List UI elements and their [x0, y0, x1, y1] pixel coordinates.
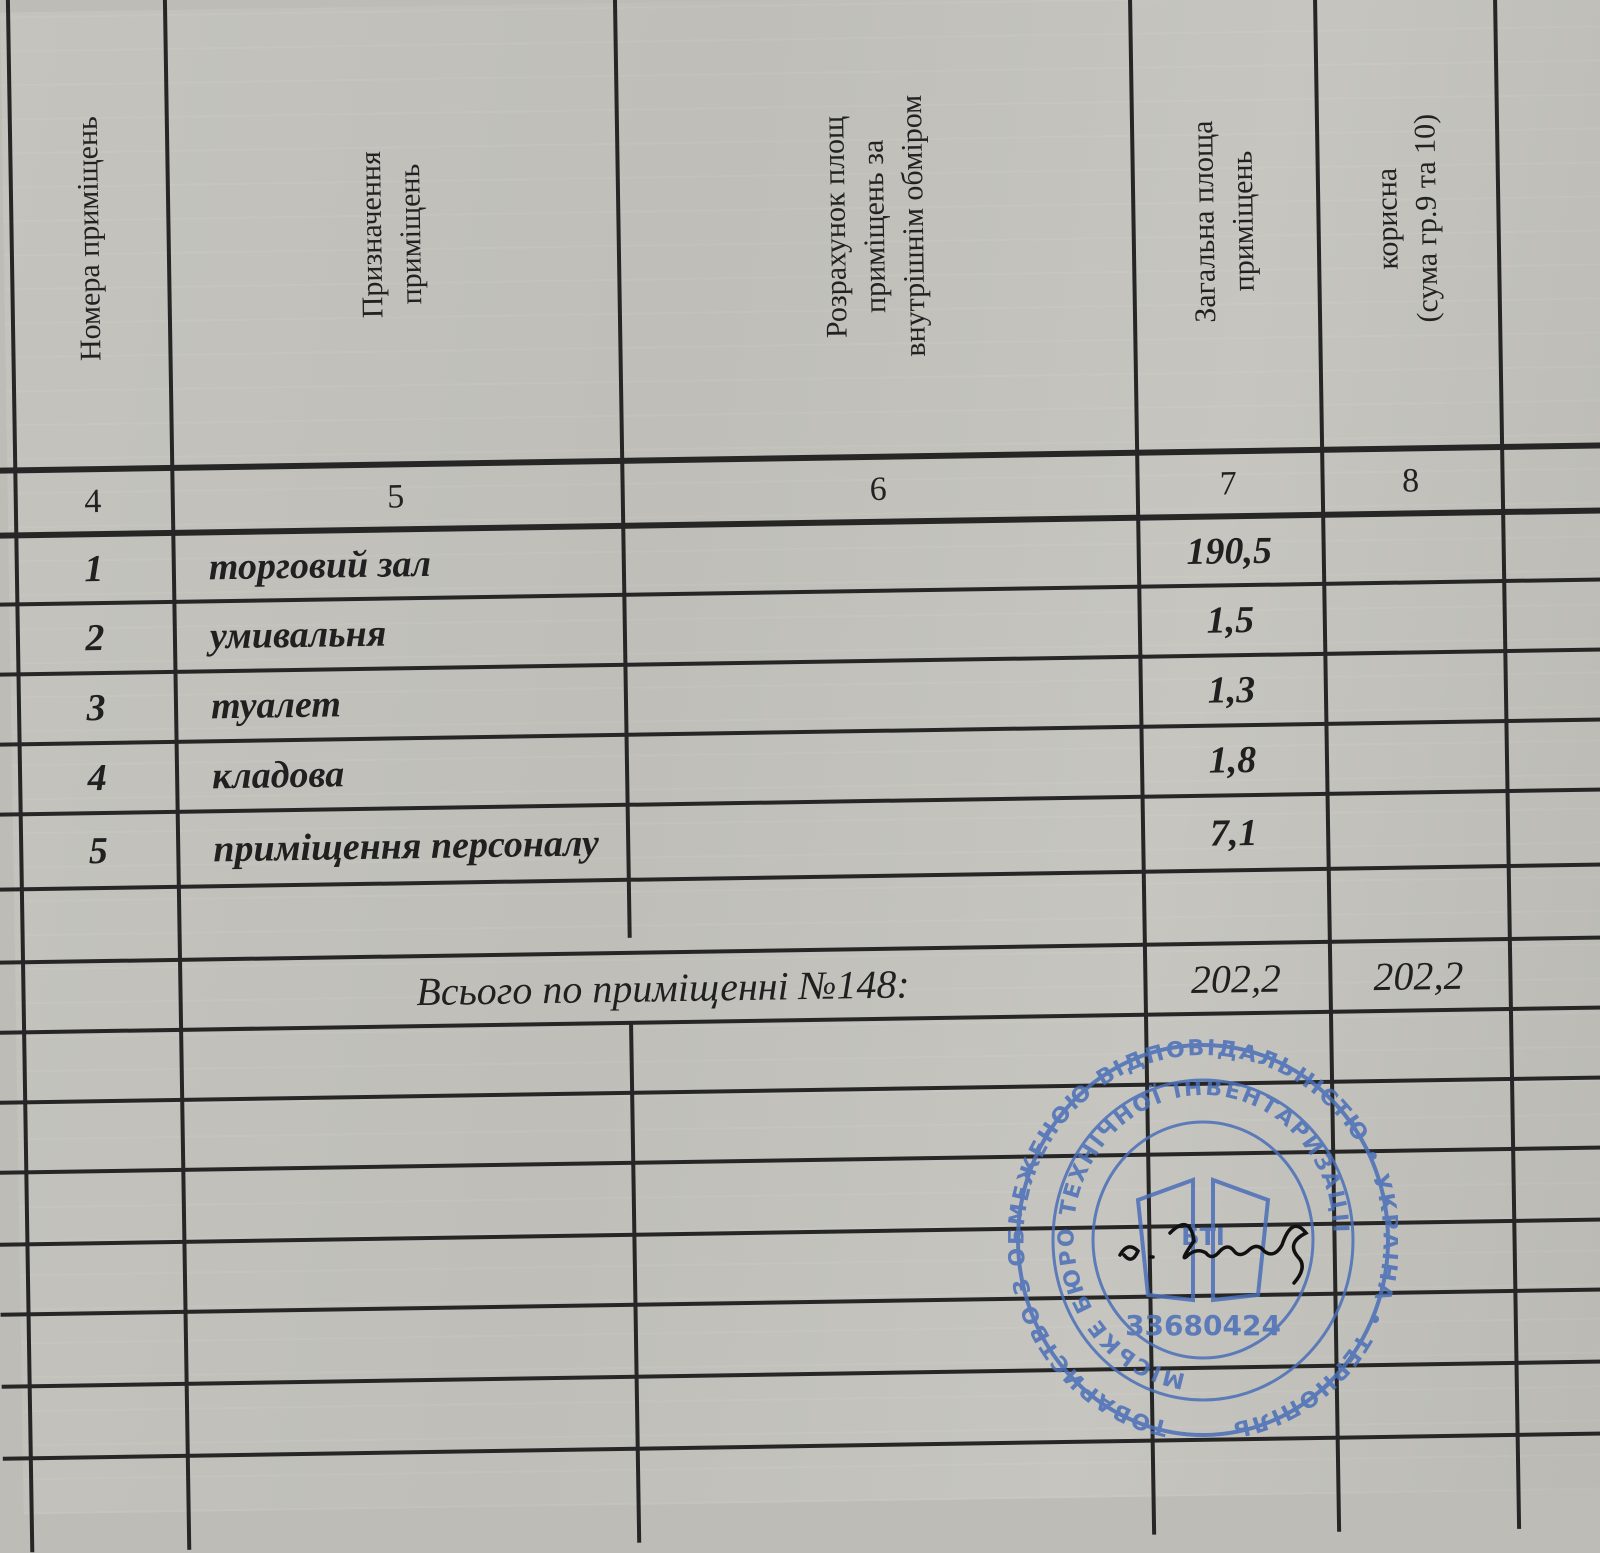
header-label: Номера приміщень [67, 116, 110, 361]
total-area: 7,1 [1145, 796, 1323, 870]
header-line: приміщень [390, 150, 432, 318]
header-line: корисна [1366, 114, 1408, 323]
summary-total-area: 202,2 [1147, 944, 1325, 1013]
summary-useful-area: 202,2 [1332, 941, 1505, 1010]
room-number: 1 [18, 536, 169, 602]
room-number: 5 [23, 814, 174, 887]
room-number: 3 [21, 674, 172, 742]
room-purpose: умивальня [209, 597, 630, 670]
header-line: приміщень за [853, 95, 896, 357]
room-purpose: кладова [212, 737, 633, 810]
header-total-area: Загальна площа приміщень [1132, 0, 1316, 450]
column-number: 8 [1324, 450, 1497, 512]
column-number: 7 [1139, 453, 1317, 515]
total-area: 1,3 [1142, 656, 1320, 725]
header-label: корисна (сума гр.9 та 10) [1366, 113, 1447, 323]
header-line: Призначення [351, 150, 393, 318]
header-label: Розрахунок площ приміщень за внутрішнім … [814, 95, 935, 359]
svg-text:33680424: 33680424 [1125, 1309, 1281, 1342]
room-number: 4 [22, 744, 173, 812]
room-number: 2 [19, 604, 170, 672]
total-area: 1,5 [1141, 586, 1319, 655]
column-divider [1493, 0, 1522, 1502]
header-room-numbers: Номера приміщень [10, 10, 167, 467]
header-label: Призначення приміщень [351, 150, 432, 318]
room-purpose: туалет [211, 667, 632, 740]
header-room-purpose: Призначення приміщень [167, 3, 616, 465]
room-purpose: торговий зал [208, 529, 629, 600]
column-number: 5 [174, 464, 617, 530]
column-number: 4 [17, 471, 168, 532]
header-line: приміщень [1222, 119, 1264, 322]
header-line: Загальна площа [1183, 120, 1225, 323]
room-purpose: приміщення персоналу [213, 805, 734, 884]
total-area: 1,8 [1143, 726, 1321, 795]
total-area: 190,5 [1140, 518, 1318, 585]
header-useful-area: корисна (сума гр.9 та 10) [1317, 0, 1496, 447]
column-number: 6 [624, 456, 1132, 523]
signature-icon [1110, 1195, 1360, 1285]
header-line: Розрахунок площ [814, 96, 857, 358]
header-label: Загальна площа приміщень [1183, 119, 1264, 322]
header-line: внутрішнім обміром [892, 95, 935, 357]
header-line: (сума гр.9 та 10) [1405, 113, 1447, 322]
header-area-calculation: Розрахунок площ приміщень за внутрішнім … [617, 0, 1131, 458]
